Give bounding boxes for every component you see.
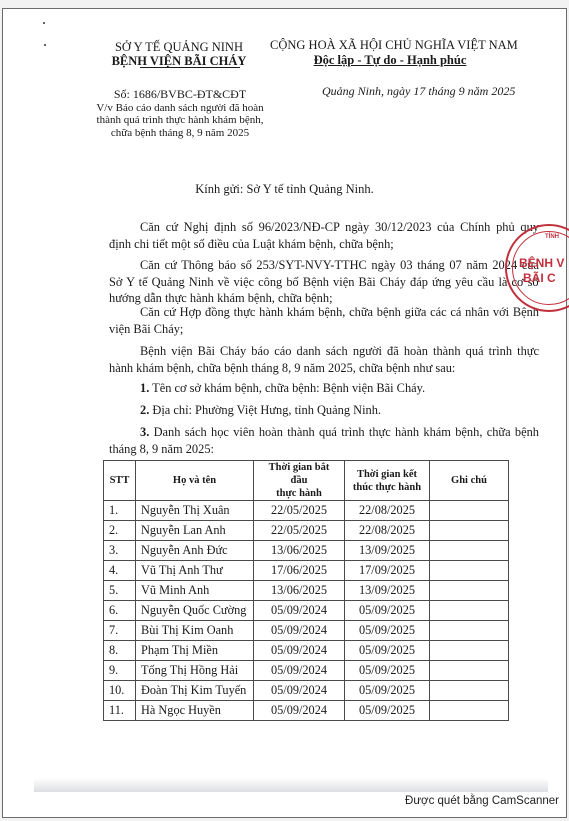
cell-end-date: 05/09/2025 (345, 681, 430, 701)
stamp-text-line: BỆNH V (519, 256, 564, 270)
cell-note (430, 521, 509, 541)
legal-basis-paragraph: Căn cứ Nghị định số 96/2023/NĐ-CP ngày 3… (109, 219, 539, 252)
document-number-block: Số: 1686/BVBC-ĐT&CĐT V/v Báo cáo danh sá… (80, 88, 280, 139)
table-row: 5.Vũ Minh Anh13/06/202513/09/2025 (104, 581, 509, 601)
stamp-text-line: BÃI C (523, 271, 556, 285)
cell-note (430, 541, 509, 561)
cell-start-date: 05/09/2024 (254, 641, 345, 661)
paragraph-line: Sở Y tế Quảng Ninh về việc công bố Bệnh … (109, 274, 539, 291)
issuing-organization: SỞ Y TẾ QUẢNG NINH BỆNH VIỆN BÃI CHÁY (104, 40, 254, 68)
paragraph-line: định chi tiết một số điều của Luật khám … (109, 236, 539, 253)
legal-basis-paragraph: Căn cứ Hợp đồng thực hành khám bệnh, chữ… (109, 304, 539, 337)
paragraph-line: Căn cứ Hợp đồng thực hành khám bệnh, chữ… (109, 304, 539, 321)
table-row: 3.Nguyễn Anh Đức13/06/202513/09/2025 (104, 541, 509, 561)
paragraph-line: tháng 8, 9 năm 2025: (109, 441, 539, 458)
trainee-table: STT Họ và tên Thời gian bắt đầuthực hành… (103, 460, 509, 721)
cell-start-date: 22/05/2025 (254, 501, 345, 521)
cell-start-date: 05/09/2024 (254, 601, 345, 621)
page-edge-shadow (34, 778, 548, 792)
cell-name: Hà Ngọc Huyền (136, 701, 254, 721)
cell-end-date: 13/09/2025 (345, 581, 430, 601)
header-line: Thời gian bắt đầu (269, 462, 330, 486)
cell-name: Tống Thị Hồng Hải (136, 661, 254, 681)
paragraph-line: Bệnh viện Bãi Cháy báo cáo danh sách ngư… (109, 343, 539, 360)
cell-name: Bùi Thị Kim Oanh (136, 621, 254, 641)
cell-note (430, 601, 509, 621)
header-stt: STT (104, 461, 136, 501)
table-row: 8.Phạm Thị Miền05/09/202405/09/2025 (104, 641, 509, 661)
cell-end-date: 05/09/2025 (345, 641, 430, 661)
cell-start-date: 17/06/2025 (254, 561, 345, 581)
scan-speck (44, 44, 46, 46)
table-row: 1.Nguyễn Thị Xuân22/05/202522/08/2025 (104, 501, 509, 521)
item-text: Tên cơ sở khám bệnh, chữa bệnh: Bệnh việ… (149, 381, 425, 395)
paragraph-line: viện Bãi Cháy; (109, 321, 539, 338)
cell-stt: 4. (104, 561, 136, 581)
address-item: 2. Địa chỉ: Phường Việt Hưng, tỉnh Quảng… (140, 403, 381, 418)
facility-name-item: 1. Tên cơ sở khám bệnh, chữa bệnh: Bệnh … (140, 381, 425, 396)
item-text: Địa chỉ: Phường Việt Hưng, tỉnh Quảng Ni… (149, 403, 381, 417)
cell-end-date: 17/09/2025 (345, 561, 430, 581)
paragraph-text: Căn cứ Hợp đồng thực hành khám bệnh, chữ… (140, 305, 539, 319)
cell-end-date: 13/09/2025 (345, 541, 430, 561)
paragraph-line: 3. Danh sách học viên hoàn thành quá trì… (109, 424, 539, 441)
cell-note (430, 701, 509, 721)
cell-name: Nguyễn Thị Xuân (136, 501, 254, 521)
cell-stt: 10. (104, 681, 136, 701)
cell-note (430, 561, 509, 581)
paragraph-text: Căn cứ Nghị định số 96/2023/NĐ-CP ngày 3… (140, 220, 539, 234)
paragraph-line: Căn cứ Thông báo số 253/SYT-NVY-TTHC ngà… (109, 257, 539, 274)
recipient-line: Kính gửi: Sở Y tế tỉnh Quảng Ninh. (0, 182, 569, 197)
table-row: 6.Nguyễn Quốc Cường05/09/202405/09/2025 (104, 601, 509, 621)
cell-name: Đoàn Thị Kim Tuyến (136, 681, 254, 701)
org-parent: SỞ Y TẾ QUẢNG NINH (104, 40, 254, 54)
header-line: Thời gian kết (357, 469, 417, 480)
paragraph-text: Căn cứ Thông báo số 253/SYT-NVY-TTHC ngà… (140, 258, 539, 272)
paragraph-text: hành khám bệnh, chữa bệnh tháng 8, 9 năm… (109, 361, 455, 375)
header-name: Họ và tên (136, 461, 254, 501)
header-end-date: Thời gian kếtthúc thực hành (345, 461, 430, 501)
org-name: BỆNH VIỆN BÃI CHÁY (104, 54, 254, 68)
cell-end-date: 22/08/2025 (345, 501, 430, 521)
report-intro-paragraph: Bệnh viện Bãi Cháy báo cáo danh sách ngư… (109, 343, 539, 376)
table-body: 1.Nguyễn Thị Xuân22/05/202522/08/20252.N… (104, 501, 509, 721)
subject-line: chữa bệnh tháng 8, 9 năm 2025 (80, 127, 280, 140)
trainee-list-item: 3. Danh sách học viên hoàn thành quá trì… (109, 424, 539, 457)
cell-note (430, 641, 509, 661)
cell-name: Nguyễn Lan Anh (136, 521, 254, 541)
table-row: 11.Hà Ngọc Huyền05/09/202405/09/2025 (104, 701, 509, 721)
cell-start-date: 13/06/2025 (254, 581, 345, 601)
legal-basis-paragraph: Căn cứ Thông báo số 253/SYT-NVY-TTHC ngà… (109, 257, 539, 307)
cell-start-date: 05/09/2024 (254, 701, 345, 721)
paragraph-text: viện Bãi Cháy; (109, 322, 183, 336)
cell-stt: 5. (104, 581, 136, 601)
cell-stt: 6. (104, 601, 136, 621)
cell-start-date: 05/09/2024 (254, 681, 345, 701)
paragraph-text: Bệnh viện Bãi Cháy báo cáo danh sách ngư… (140, 344, 539, 358)
item-number: 1. (140, 381, 149, 395)
paragraph-text: Sở Y tế Quảng Ninh về việc công bố Bệnh … (109, 275, 539, 289)
cell-stt: 9. (104, 661, 136, 681)
subject-line: V/v Báo cáo danh sách người đã hoàn (80, 102, 280, 115)
cell-name: Vũ Minh Anh (136, 581, 254, 601)
place-and-date: Quảng Ninh, ngày 17 tháng 9 năm 2025 (322, 84, 515, 99)
cell-end-date: 05/09/2025 (345, 601, 430, 621)
cell-stt: 2. (104, 521, 136, 541)
header-start-date: Thời gian bắt đầuthực hành (254, 461, 345, 501)
paragraph-line: Căn cứ Nghị định số 96/2023/NĐ-CP ngày 3… (109, 219, 539, 236)
table-row: 7.Bùi Thị Kim Oanh05/09/202405/09/2025 (104, 621, 509, 641)
camscanner-watermark: Được quét bằng CamScanner (405, 795, 559, 807)
cell-end-date: 05/09/2025 (345, 661, 430, 681)
cell-end-date: 05/09/2025 (345, 621, 430, 641)
header-line: thực hành (276, 488, 322, 499)
paragraph-text: định chi tiết một số điều của Luật khám … (109, 237, 394, 251)
cell-stt: 3. (104, 541, 136, 561)
item-number: 3. (140, 425, 149, 439)
table-row: 4.Vũ Thị Anh Thư17/06/202517/09/2025 (104, 561, 509, 581)
cell-name: Nguyễn Anh Đức (136, 541, 254, 561)
national-motto: Độc lập - Tự do - Hạnh phúc (270, 53, 510, 68)
paragraph-line: hành khám bệnh, chữa bệnh tháng 8, 9 năm… (109, 360, 539, 377)
cell-stt: 1. (104, 501, 136, 521)
table-header-row: STT Họ và tên Thời gian bắt đầuthực hành… (104, 461, 509, 501)
table-row: 10.Đoàn Thị Kim Tuyến05/09/202405/09/202… (104, 681, 509, 701)
document-number: Số: 1686/BVBC-ĐT&CĐT (80, 88, 280, 101)
cell-stt: 11. (104, 701, 136, 721)
cell-note (430, 581, 509, 601)
item-text: Danh sách học viên hoàn thành quá trình … (149, 425, 539, 439)
cell-name: Vũ Thị Anh Thư (136, 561, 254, 581)
cell-stt: 7. (104, 621, 136, 641)
cell-end-date: 22/08/2025 (345, 521, 430, 541)
cell-note (430, 661, 509, 681)
cell-note (430, 621, 509, 641)
cell-start-date: 22/05/2025 (254, 521, 345, 541)
cell-start-date: 05/09/2024 (254, 661, 345, 681)
cell-note (430, 681, 509, 701)
cell-name: Phạm Thị Miền (136, 641, 254, 661)
paragraph-text: hướng dẫn thực hành khám bệnh, chữa bệnh… (109, 291, 333, 305)
cell-name: Nguyễn Quốc Cường (136, 601, 254, 621)
cell-stt: 8. (104, 641, 136, 661)
scan-speck (43, 22, 45, 24)
item-number: 2. (140, 403, 149, 417)
org-name-text: BỆNH VIỆN BÃI CHÁY (112, 54, 247, 68)
header-note: Ghi chú (430, 461, 509, 501)
stamp-top-text: TỈNH (545, 234, 559, 240)
national-header: CỘNG HOÀ XÃ HỘI CHỦ NGHĨA VIỆT NAM Độc l… (270, 38, 510, 68)
cell-end-date: 05/09/2025 (345, 701, 430, 721)
cell-note (430, 501, 509, 521)
nation-name: CỘNG HOÀ XÃ HỘI CHỦ NGHĨA VIỆT NAM (270, 38, 510, 53)
header-line: thúc thực hành (353, 482, 421, 493)
table-row: 2.Nguyễn Lan Anh22/05/202522/08/2025 (104, 521, 509, 541)
table-row: 9.Tống Thị Hồng Hải05/09/202405/09/2025 (104, 661, 509, 681)
cell-start-date: 05/09/2024 (254, 621, 345, 641)
item-text: tháng 8, 9 năm 2025: (109, 442, 214, 456)
subject-line: thành quá trình thực hành khám bệnh, (80, 114, 280, 127)
cell-start-date: 13/06/2025 (254, 541, 345, 561)
